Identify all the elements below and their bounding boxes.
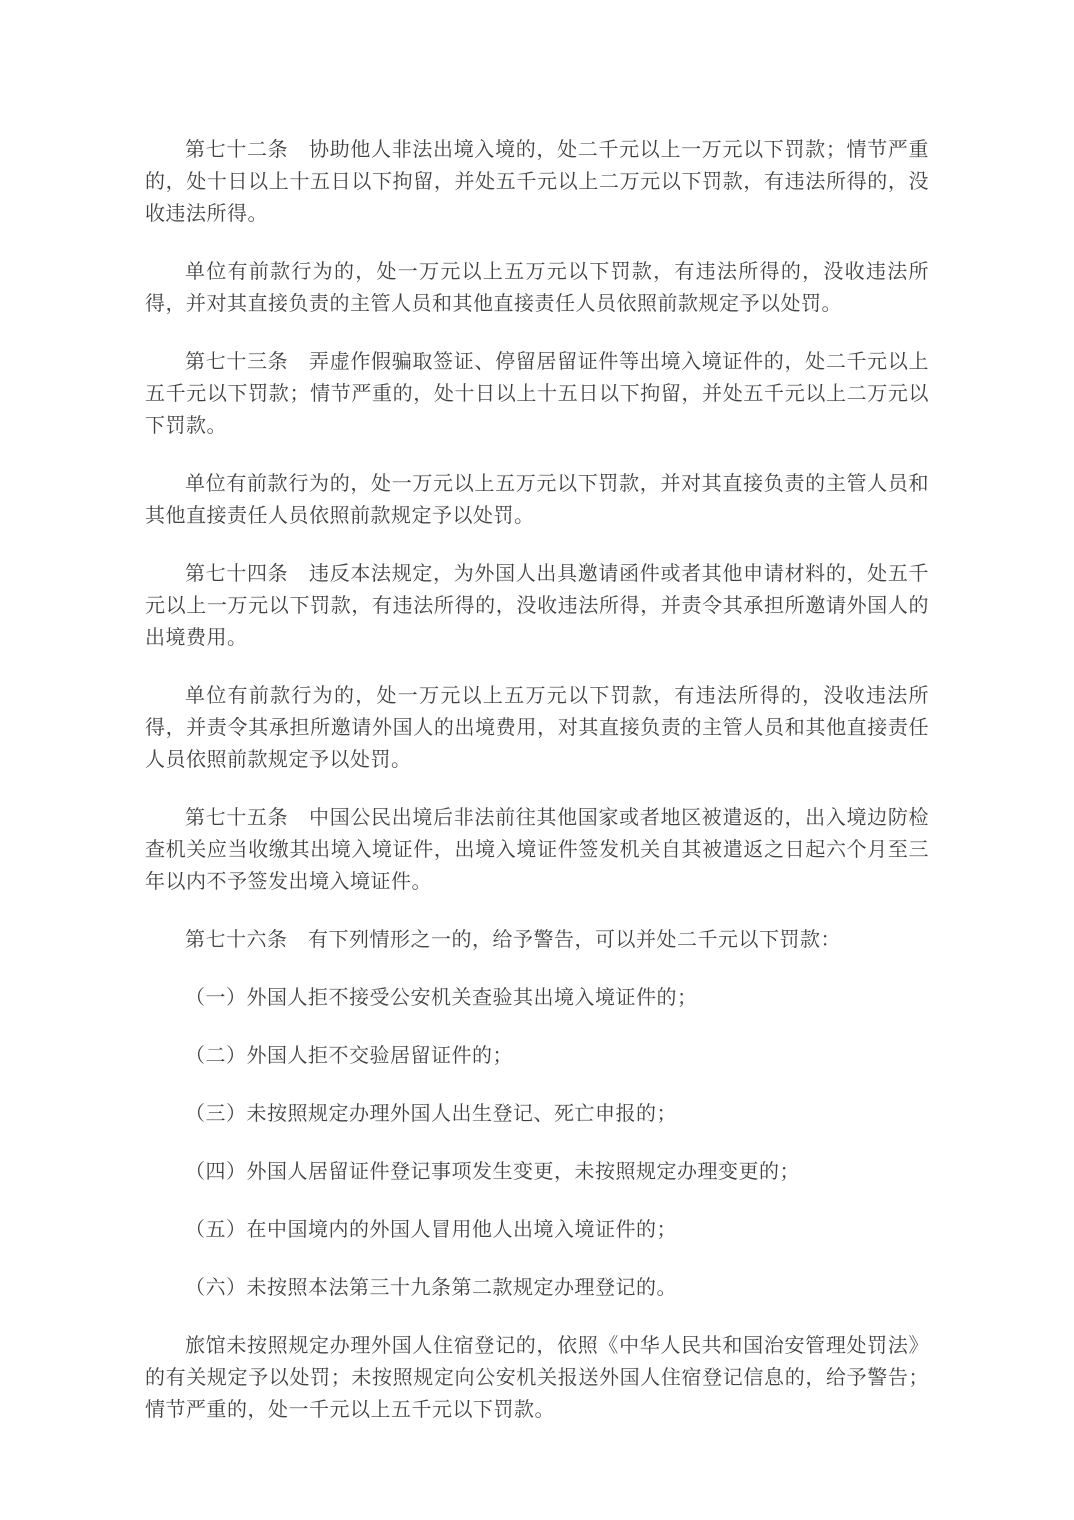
paragraph-article-76-hotel-clause: 旅馆未按照规定办理外国人住宿登记的，依照《中华人民共和国治安管理处罚法》的有关规…	[145, 1330, 929, 1426]
list-item-1: （一）外国人拒不接受公安机关查验其出境入境证件的；	[145, 982, 929, 1014]
document-page: 第七十二条 协助他人非法出境入境的，处二千元以上一万元以下罚款；情节严重的，处十…	[145, 0, 929, 1426]
paragraph-article-72-unit-clause: 单位有前款行为的，处一万元以上五万元以下罚款，有违法所得的，没收违法所得，并对其…	[145, 256, 929, 320]
paragraph-article-75: 第七十五条 中国公民出境后非法前往其他国家或者地区被遣返的，出入境边防检查机关应…	[145, 802, 929, 898]
paragraph-article-73: 第七十三条 弄虚作假骗取签证、停留居留证件等出境入境证件的，处二千元以上五千元以…	[145, 346, 929, 442]
paragraph-article-74: 第七十四条 违反本法规定，为外国人出具邀请函件或者其他申请材料的，处五千元以上一…	[145, 558, 929, 654]
list-item-6: （六）未按照本法第三十九条第二款规定办理登记的。	[145, 1272, 929, 1304]
paragraph-article-74-unit-clause: 单位有前款行为的，处一万元以上五万元以下罚款，有违法所得的，没收违法所得，并责令…	[145, 680, 929, 776]
list-item-5: （五）在中国境内的外国人冒用他人出境入境证件的；	[145, 1214, 929, 1246]
paragraph-article-72: 第七十二条 协助他人非法出境入境的，处二千元以上一万元以下罚款；情节严重的，处十…	[145, 134, 929, 230]
paragraph-article-73-unit-clause: 单位有前款行为的，处一万元以上五万元以下罚款，并对其直接负责的主管人员和其他直接…	[145, 468, 929, 532]
list-item-3: （三）未按照规定办理外国人出生登记、死亡申报的；	[145, 1098, 929, 1130]
list-item-2: （二）外国人拒不交验居留证件的；	[145, 1040, 929, 1072]
list-item-4: （四）外国人居留证件登记事项发生变更，未按照规定办理变更的；	[145, 1156, 929, 1188]
paragraph-article-76-intro: 第七十六条 有下列情形之一的，给予警告，可以并处二千元以下罚款：	[145, 924, 929, 956]
